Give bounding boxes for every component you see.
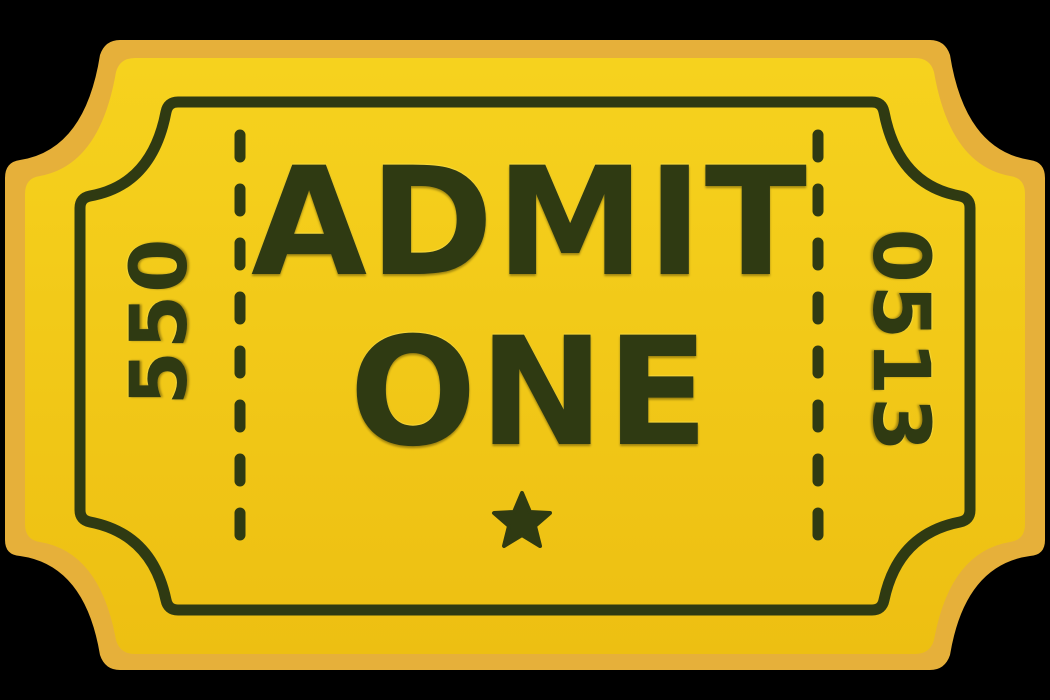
left-serial-number: 550 [121, 191, 199, 451]
ticket-cookie: ADMIT ONE 550 0513 [0, 0, 1050, 700]
admit-text: ADMIT [250, 148, 810, 298]
right-serial-number: 0513 [861, 211, 939, 471]
one-text: ONE [250, 318, 810, 468]
